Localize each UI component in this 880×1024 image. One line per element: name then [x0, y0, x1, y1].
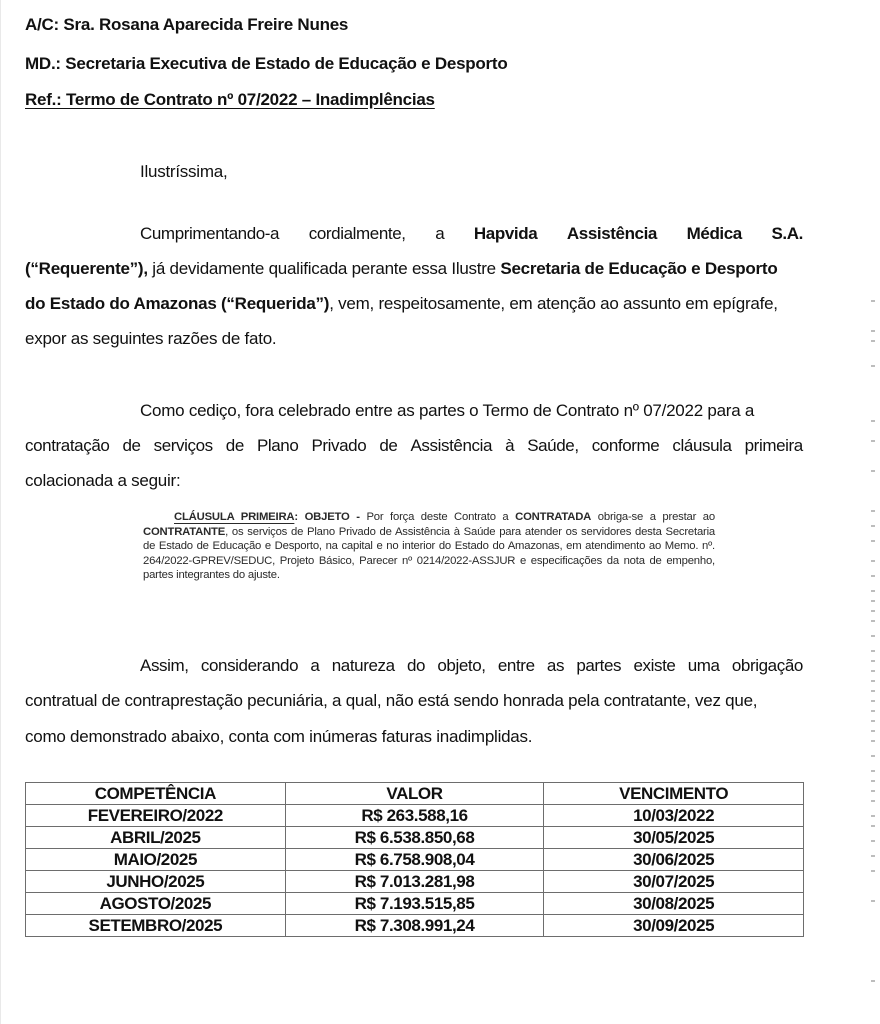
company-name-word: Hapvida — [474, 224, 537, 244]
word: Plano — [257, 436, 298, 456]
paragraph-1-line-2: (“Requerente”), já devidamente qualifica… — [25, 259, 777, 279]
table-row: MAIO/2025R$ 6.758.908,0430/06/2025 — [26, 849, 804, 871]
word: uma — [688, 656, 720, 676]
cell-valor: R$ 7.308.991,24 — [285, 915, 544, 937]
word: obrigação — [732, 656, 803, 676]
paragraph-1-line-1: Cumprimentando-acordialmente,aHapvidaAss… — [140, 224, 803, 244]
cell-vencimento: 30/08/2025 — [544, 893, 804, 915]
cell-valor: R$ 6.538.850,68 — [285, 827, 544, 849]
word: natureza — [332, 656, 395, 676]
cell-valor: R$ 7.013.281,98 — [285, 871, 544, 893]
word: de — [379, 436, 397, 456]
cell-vencimento: 30/06/2025 — [544, 849, 804, 871]
word: objeto, — [437, 656, 485, 676]
clause-text-1: Por força deste Contrato a — [366, 511, 515, 523]
company-name-word: Médica — [687, 224, 742, 244]
requerida-label: do Estado do Amazonas (“Requerida”) — [25, 294, 329, 313]
word: a — [435, 224, 444, 244]
paragraph-3-line-2: contratual de contraprestação pecuniária… — [25, 691, 757, 711]
requerente-label: (“Requerente”), — [25, 259, 148, 278]
salutation: Ilustríssima, — [140, 162, 227, 182]
word: de — [122, 436, 140, 456]
paragraph-1-line-4: expor as seguintes razões de fato. — [25, 329, 276, 349]
paragraph-2-line-2: contrataçãodeserviçosdePlanoPrivadodeAss… — [25, 436, 803, 456]
word: partes — [576, 656, 621, 676]
page-edge — [0, 0, 1, 1024]
clause-label: OBJETO - — [298, 511, 367, 523]
paragraph-2-line-1: Como cediço, fora celebrado entre as par… — [140, 401, 754, 421]
word: considerando — [201, 656, 298, 676]
cell-competencia: SETEMBRO/2025 — [26, 915, 286, 937]
word: Privado — [311, 436, 366, 456]
word: do — [407, 656, 425, 676]
cell-valor: R$ 6.758.908,04 — [285, 849, 544, 871]
word: cláusula — [672, 436, 731, 456]
quoted-clause: CLÁUSULA PRIMEIRA: OBJETO - Por força de… — [143, 510, 715, 583]
clause-contratada: CONTRATADA — [515, 511, 591, 523]
paragraph-3-line-3: como demonstrado abaixo, conta com inúme… — [25, 727, 532, 747]
word: Assistência — [410, 436, 492, 456]
cell-competencia: FEVEREIRO/2022 — [26, 805, 286, 827]
company-name-word: Assistência — [567, 224, 657, 244]
paragraph-1-line-3: do Estado do Amazonas (“Requerida”), vem… — [25, 294, 778, 314]
header-vencimento: VENCIMENTO — [544, 783, 804, 805]
cell-competencia: MAIO/2025 — [26, 849, 286, 871]
cell-valor: R$ 7.193.515,85 — [285, 893, 544, 915]
document-page: A/C: Sra. Rosana Aparecida Freire Nunes … — [0, 0, 880, 1024]
clause-text-3: , os serviços de Plano Privado de Assist… — [143, 526, 715, 582]
word: contratação — [25, 436, 109, 456]
p1-text: já devidamente qualificada perante essa … — [148, 259, 501, 278]
word: entre — [498, 656, 535, 676]
table-header-row: COMPETÊNCIA VALOR VENCIMENTO — [26, 783, 804, 805]
secretaria-name: Secretaria de Educação e Desporto — [500, 259, 777, 278]
header-valor: VALOR — [285, 783, 544, 805]
recipient-line: A/C: Sra. Rosana Aparecida Freire Nunes — [25, 15, 348, 35]
paragraph-3-line-1: Assim,considerandoanaturezadoobjeto,entr… — [140, 656, 803, 676]
table-row: JUNHO/2025R$ 7.013.281,9830/07/2025 — [26, 871, 804, 893]
ministry-line: MD.: Secretaria Executiva de Estado de E… — [25, 54, 507, 74]
word: primeira — [745, 436, 803, 456]
cell-vencimento: 10/03/2022 — [544, 805, 804, 827]
header-competencia: COMPETÊNCIA — [26, 783, 286, 805]
cell-competencia: AGOSTO/2025 — [26, 893, 286, 915]
cell-competencia: ABRIL/2025 — [26, 827, 286, 849]
table-row: ABRIL/2025R$ 6.538.850,6830/05/2025 — [26, 827, 804, 849]
word: de — [226, 436, 244, 456]
word: as — [547, 656, 564, 676]
clause-title: CLÁUSULA PRIMEIRA — [174, 511, 294, 523]
word: Cumprimentando-a — [140, 224, 279, 244]
word: cordialmente, — [309, 224, 406, 244]
cell-valor: R$ 263.588,16 — [285, 805, 544, 827]
p1-text-2: , vem, respeitosamente, em atenção ao as… — [329, 294, 778, 313]
overdue-invoices-table: COMPETÊNCIA VALOR VENCIMENTO FEVEREIRO/2… — [25, 782, 804, 937]
paragraph-2-line-3: colacionada a seguir: — [25, 471, 180, 491]
cell-vencimento: 30/09/2025 — [544, 915, 804, 937]
cell-vencimento: 30/07/2025 — [544, 871, 804, 893]
company-name-word: S.A. — [771, 224, 802, 244]
clause-contratante: CONTRATANTE — [143, 526, 225, 538]
table-row: FEVEREIRO/2022R$ 263.588,1610/03/2022 — [26, 805, 804, 827]
word: serviços — [154, 436, 213, 456]
word: Saúde, — [527, 436, 578, 456]
cell-competencia: JUNHO/2025 — [26, 871, 286, 893]
table-row: AGOSTO/2025R$ 7.193.515,8530/08/2025 — [26, 893, 804, 915]
word: à — [505, 436, 514, 456]
word: Assim, — [140, 656, 189, 676]
margin-signature-stamp — [871, 300, 877, 980]
word: conforme — [592, 436, 660, 456]
reference-line: Ref.: Termo de Contrato nº 07/2022 – Ina… — [25, 90, 435, 110]
table-row: SETEMBRO/2025R$ 7.308.991,2430/09/2025 — [26, 915, 804, 937]
word: a — [310, 656, 319, 676]
clause-text-2: obriga-se a prestar ao — [591, 511, 715, 523]
cell-vencimento: 30/05/2025 — [544, 827, 804, 849]
word: existe — [633, 656, 675, 676]
